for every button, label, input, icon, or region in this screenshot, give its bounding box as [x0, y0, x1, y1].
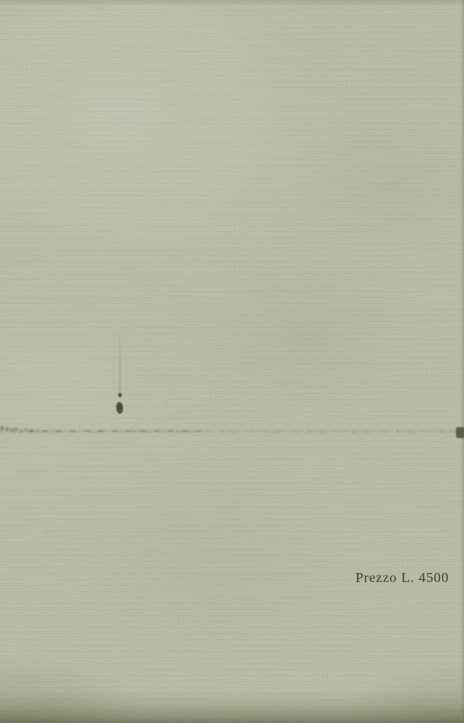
left-edge-smudge — [0, 426, 4, 430]
right-edge-mark — [456, 427, 464, 438]
price-label: Prezzo L. 4500 — [355, 571, 449, 587]
horizontal-crease-dashes — [28, 430, 208, 432]
ink-spot-dot — [118, 393, 122, 397]
ink-spot-body — [116, 402, 124, 414]
book-back-cover: Prezzo L. 4500 — [0, 0, 464, 723]
paper-grain-texture — [0, 0, 464, 723]
vertical-crease — [119, 322, 121, 398]
